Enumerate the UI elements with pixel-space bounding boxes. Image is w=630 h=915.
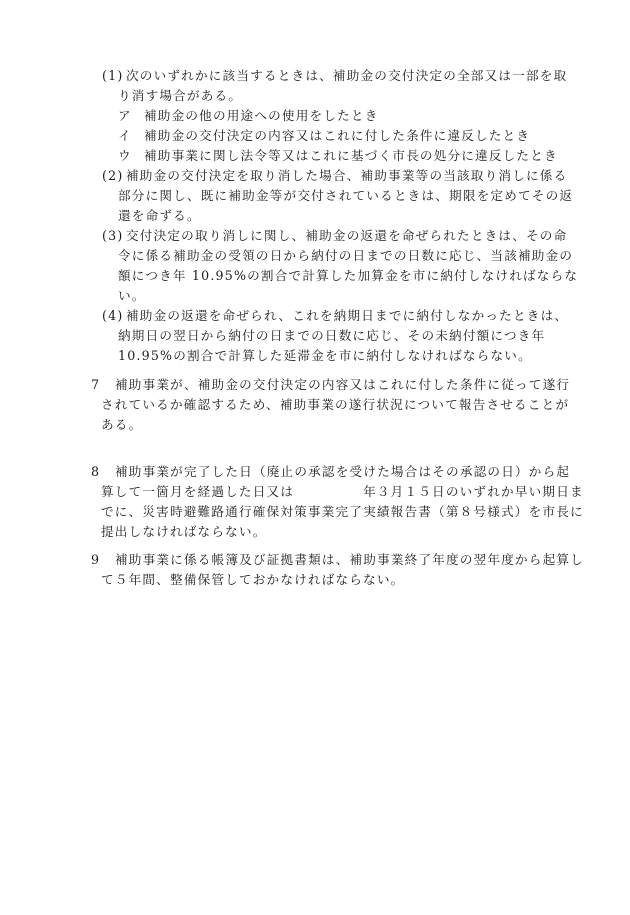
item-text-line: い。: [118, 286, 146, 306]
article-text-line: 提出しなければならない。: [101, 522, 267, 542]
subitem-marker: ア: [118, 106, 132, 126]
item-marker: (2): [102, 166, 123, 186]
item-text-line: 部分に関し、既に補助金等が交付されているときは、期限を定めてその返: [118, 186, 573, 206]
item-text-line: 10.95%の割合で計算した延滞金を市に納付しなければならない。: [118, 346, 532, 366]
item-text-line: 額につき年 10.95%の割合で計算した加算金を市に納付しなければならな: [118, 266, 578, 286]
article-text-line: 算して一箇月を経過した日又は 年３月１５日のいずれか早い期日ま: [101, 482, 584, 502]
item-text-line: 還を命ずる。: [118, 206, 201, 226]
subitem-marker: ウ: [118, 146, 132, 166]
subitem-text: 補助金の他の用途への使用をしたとき: [144, 106, 379, 126]
article-text-line: ある。: [101, 415, 142, 435]
subitem-text: 補助事業に関し法令等又はこれに基づく市長の処分に違反したとき: [144, 146, 558, 166]
item-text-line: 次のいずれかに該当するときは、補助金の交付決定の全部又は一部を取: [126, 66, 567, 86]
article-text-line: でに、災害時避難路通行確保対策事業完了実績報告書（第８号様式）を市長に: [101, 502, 584, 522]
item-text-line: り消す場合がある。: [118, 86, 242, 106]
document-page: (1) 次のいずれかに該当するときは、補助金の交付決定の全部又は一部を取 り消す…: [0, 0, 630, 915]
article-text-line: されているか確認するため、補助事業の遂行状況について報告させることが: [101, 395, 569, 415]
item-marker: (3): [102, 226, 123, 246]
item-marker: (1): [102, 66, 123, 86]
article-number: 7: [91, 375, 100, 395]
subitem-text: 補助金の交付決定の内容又はこれに付した条件に違反したとき: [144, 126, 530, 146]
item-text-line: 令に係る補助金の受領の日から納付の日までの日数に応じ、当該補助金の: [118, 246, 573, 266]
article-number: 9: [91, 550, 100, 570]
article-text-line: 補助事業が、補助金の交付決定の内容又はこれに付した条件に従って遂行: [115, 375, 570, 395]
article-number: 8: [91, 462, 100, 482]
item-marker: (4): [102, 306, 123, 326]
item-text-line: 交付決定の取り消しに関し、補助金の返還を命ぜられたときは、その命: [126, 226, 567, 246]
article-text-line: て５年間、整備保管しておかなければならない。: [101, 570, 404, 590]
article-text-line: 補助事業に係る帳簿及び証拠書類は、補助事業終了年度の翌年度から起算し: [115, 550, 584, 570]
item-text-line: 補助金の返還を命ぜられ、これを納期日までに納付しなかったときは、: [126, 306, 568, 326]
item-text-line: 補助金の交付決定を取り消した場合、補助事業等の当該取り消しに係る: [126, 166, 567, 186]
item-text-line: 納期日の翌日から納付の日までの日数に応じ、その未納付額につき年: [118, 326, 545, 346]
subitem-marker: イ: [118, 126, 132, 146]
article-text-line: 補助事業が完了した日（廃止の承認を受けた場合はその承認の日）から起: [115, 462, 570, 482]
